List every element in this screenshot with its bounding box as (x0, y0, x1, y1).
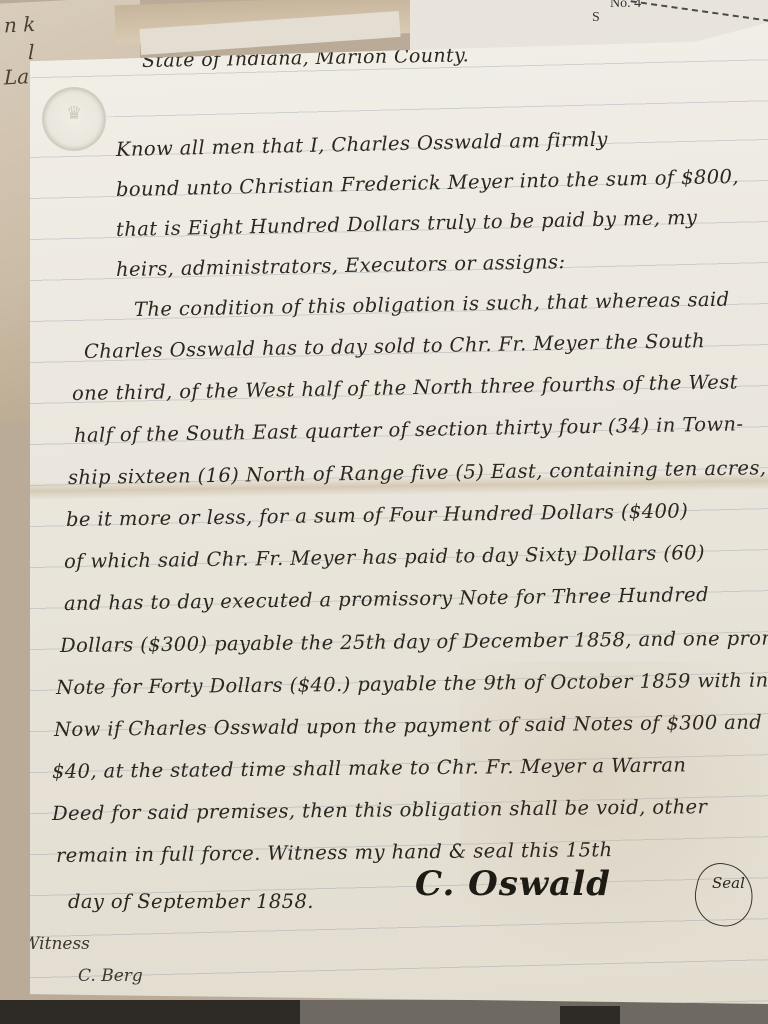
handwritten-bond-document: ♛ State of Indiana, Marion County. Know … (30, 22, 768, 1004)
date-line: day of September 1858. (68, 890, 314, 913)
background-handwriting: l (28, 40, 34, 64)
form-s-label: S (592, 10, 600, 26)
embossed-seal-icon: ♛ (42, 87, 106, 151)
witness-signature: C. Berg (78, 966, 143, 986)
crown-icon: ♛ (66, 103, 82, 124)
seal-label: Seal (712, 874, 745, 892)
background-fabric (0, 1000, 300, 1024)
background-surface (0, 1000, 768, 1024)
form-dashed-line (631, 0, 768, 21)
signature-oswald: C. Oswald (415, 864, 611, 904)
background-handwriting: n k (4, 12, 35, 38)
background-fabric (560, 1006, 620, 1024)
witness-label: Witness (22, 934, 90, 954)
